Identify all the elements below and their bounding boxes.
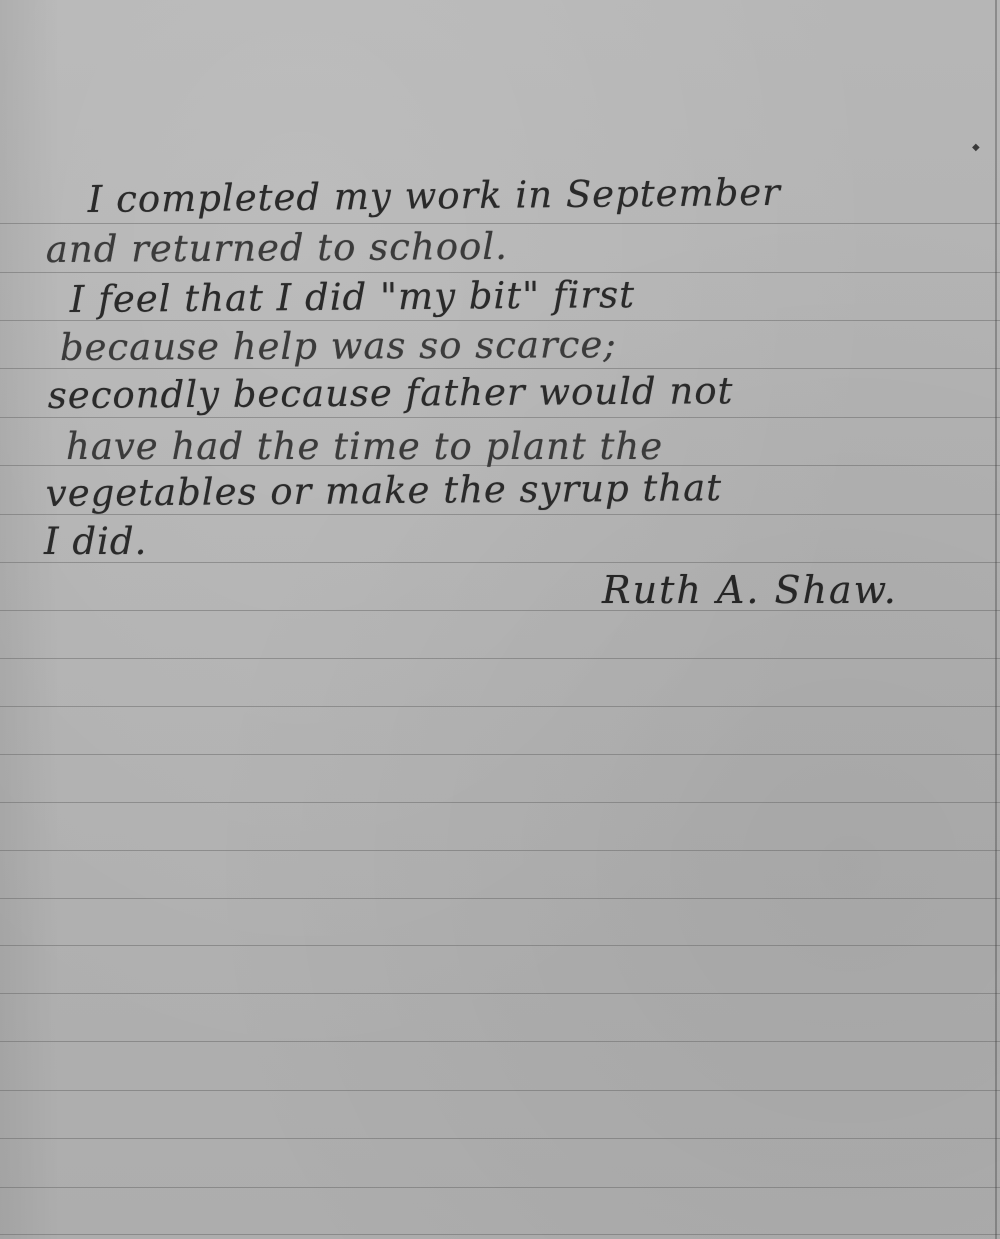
ruled-line bbox=[0, 945, 1000, 946]
letter-line-1: I completed my work in September bbox=[88, 171, 782, 221]
ruled-line bbox=[0, 898, 1000, 899]
paper-shading bbox=[0, 0, 60, 1239]
ruled-line bbox=[0, 1234, 1000, 1235]
letter-line-5: secondly because father would not bbox=[48, 369, 734, 417]
letter-line-7: vegetables or make the syrup that bbox=[46, 466, 723, 515]
ruled-line bbox=[0, 993, 1000, 994]
letter-page: ◆ I completed my work in September and r… bbox=[0, 0, 1000, 1239]
letter-line-8: I did. bbox=[44, 520, 147, 563]
ruled-line bbox=[0, 802, 1000, 803]
ruled-line bbox=[0, 1090, 1000, 1091]
ruled-line bbox=[0, 1187, 1000, 1188]
ruled-line bbox=[0, 754, 1000, 755]
ruled-line bbox=[0, 658, 1000, 659]
ruled-line bbox=[0, 850, 1000, 851]
letter-line-6: have had the time to plant the bbox=[66, 425, 663, 468]
ruled-line bbox=[0, 1041, 1000, 1042]
paper-edge bbox=[995, 0, 997, 1239]
ruled-line bbox=[0, 706, 1000, 707]
ink-speck: ◆ bbox=[972, 145, 980, 151]
signature: Ruth A. Shaw. bbox=[602, 568, 898, 612]
ruled-line bbox=[0, 514, 1000, 515]
letter-line-2: and returned to school. bbox=[46, 225, 508, 271]
ruled-line bbox=[0, 417, 1000, 418]
ruled-line bbox=[0, 272, 1000, 273]
ruled-line bbox=[0, 1138, 1000, 1139]
ruled-line bbox=[0, 562, 1000, 563]
letter-line-4: because help was so scarce; bbox=[60, 323, 617, 369]
letter-line-3: I feel that I did "my bit" first bbox=[70, 273, 636, 321]
